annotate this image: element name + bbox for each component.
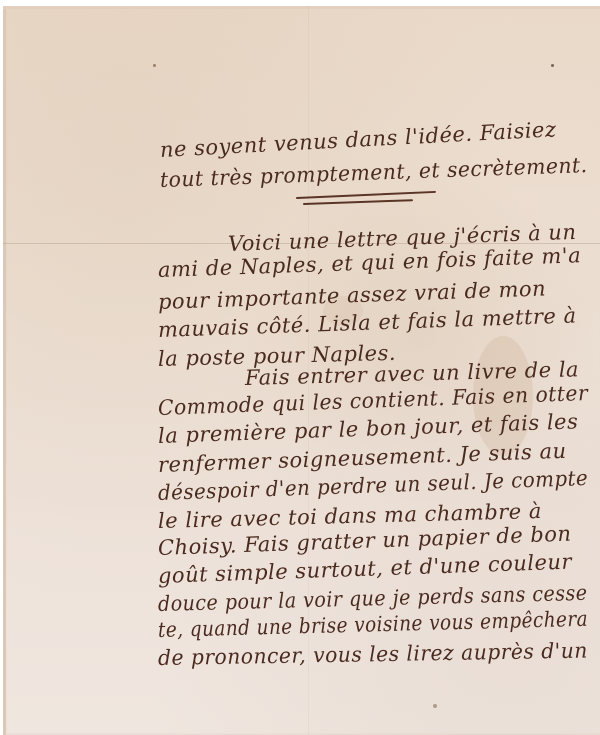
paper-top-edge	[3, 6, 600, 9]
ink-speck	[433, 704, 437, 708]
header-line-2: tout très promptement, et secrètement.	[160, 153, 588, 192]
ink-speck	[551, 64, 554, 67]
letter-page: ne soyent venus dans l'idée. Faisiez tou…	[3, 6, 600, 735]
decorative-rule-bottom	[303, 199, 413, 205]
ink-speck	[153, 64, 156, 67]
body-line-16: de prononcer, vous les lirez auprès d'un	[158, 638, 588, 669]
decorative-rule-top	[296, 191, 436, 199]
paper-left-edge	[3, 6, 6, 735]
